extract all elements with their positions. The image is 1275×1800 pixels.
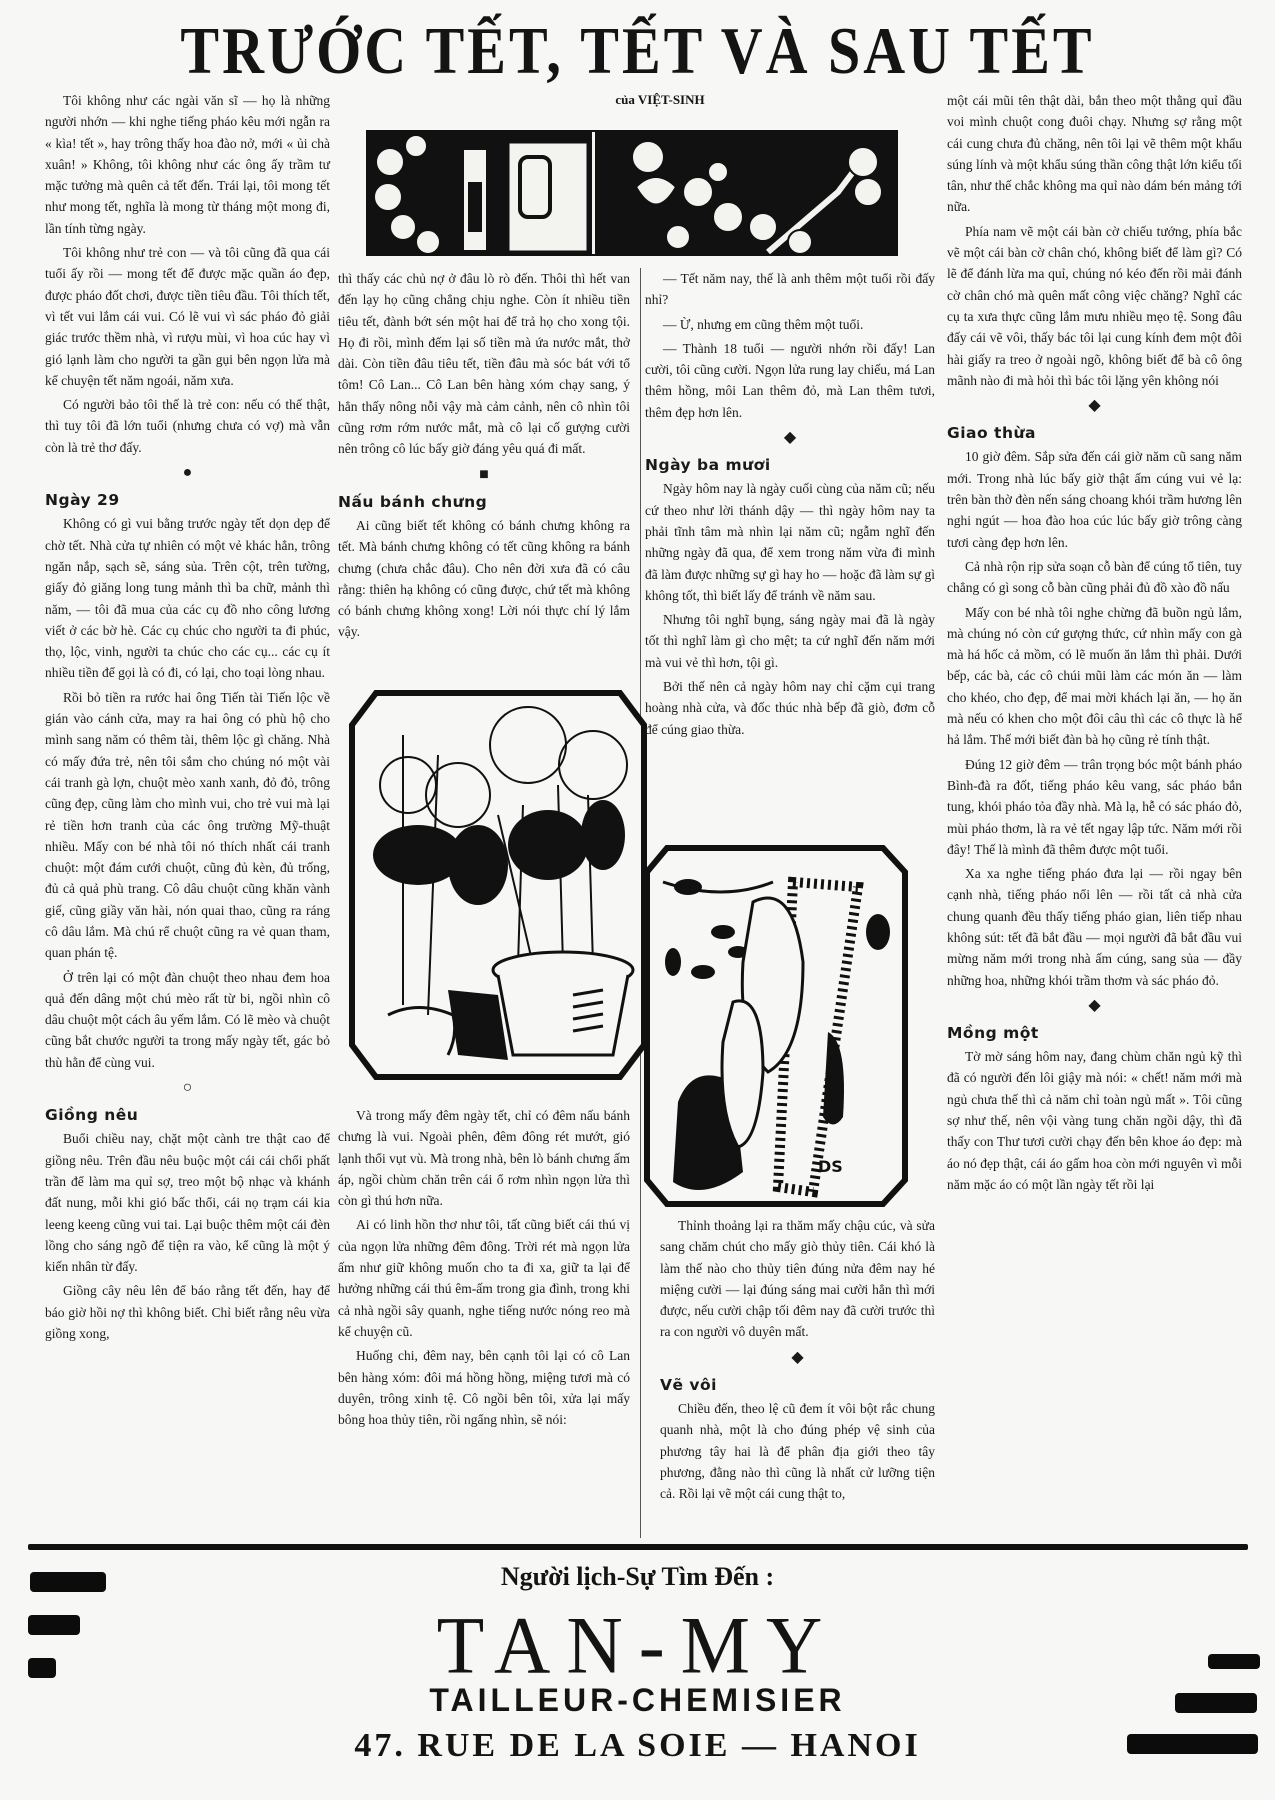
ad-intro: Người lịch-Sự Tìm Đến : (0, 1562, 1275, 1592)
column-2-lower: Và trong mấy đêm ngày tết, chỉ có đêm nấ… (338, 1105, 630, 1433)
paragraph: Ở trên lại có một đàn chuột theo nhau đe… (45, 967, 330, 1073)
section-heading-ngay-29: Ngày 29 (45, 490, 330, 511)
ad-subtitle: TAILLEUR-CHEMISIER (0, 1682, 1275, 1719)
paragraph: Có người bảo tôi thế là trẻ con: nếu có … (45, 394, 330, 458)
decorative-bar-right-3 (1127, 1734, 1258, 1754)
paragraph: Tờ mờ sáng hôm nay, đang chùm chăn ngủ k… (947, 1046, 1242, 1195)
column-4: một cái mũi tên thật dài, bắn theo một t… (947, 90, 1242, 1198)
paragraph: 10 giờ đêm. Sắp sửa đến cái giờ năm cũ s… (947, 446, 1242, 552)
paragraph: Phía nam vẽ một cái bàn cờ chiếu tướng, … (947, 221, 1242, 391)
paragraph: Ai có linh hồn thơ như tôi, tất cũng biế… (338, 1214, 630, 1342)
column-3: — Tết năm nay, thế là anh thêm một tuổi … (645, 268, 935, 743)
illustration-signature: DS (818, 1157, 843, 1176)
chrysanthemum-pots-icon (348, 685, 648, 1085)
dialogue-line: — Ừ, nhưng em cũng thêm một tuổi. (645, 314, 935, 335)
decorative-bar-left-2 (28, 1615, 80, 1635)
paragraph: Chiều đến, theo lệ cũ đem ít vôi bột rắc… (660, 1398, 935, 1504)
dialogue-line: — Tết năm nay, thế là anh thêm một tuổi … (645, 268, 935, 311)
paragraph: Buổi chiều nay, chặt một cành tre thật c… (45, 1128, 330, 1277)
paragraph: thì thấy các chủ nợ ở đâu lò rò đến. Thô… (338, 268, 630, 460)
paragraph: Xa xa nghe tiếng pháo đưa lại — rồi ngay… (947, 863, 1242, 991)
column-3-lower: Thỉnh thoảng lại ra thăm mấy chậu cúc, v… (660, 1215, 935, 1508)
section-heading-nau-banh-chung: Nấu bánh chưng (338, 492, 630, 513)
decorative-bar-left-3 (28, 1658, 56, 1678)
paragraph: Không có gì vui bằng trước ngày tết dọn … (45, 513, 330, 683)
paragraph: Thỉnh thoảng lại ra thăm mấy chậu cúc, v… (660, 1215, 935, 1343)
shoes-hanging-tree-icon: DS (643, 842, 908, 1210)
section-heading-giao-thua: Giao thừa (947, 423, 1242, 444)
paragraph: Cả nhà rộn rịp sửa soạn cỗ bàn để cúng t… (947, 556, 1242, 599)
shoes-on-tree-illustration: DS (643, 842, 908, 1210)
paragraph: Nhưng tôi nghĩ bụng, sáng ngày mai đã là… (645, 609, 935, 673)
ornament-diamond-icon: ◆ (660, 1349, 935, 1367)
ad-address: 47. RUE DE LA SOIE — HANOI (0, 1727, 1275, 1765)
dialogue-line: — Thành 18 tuổi — người nhớn rồi đấy! La… (645, 338, 935, 423)
paragraph: Huống chi, đêm nay, bên cạnh tôi lại có … (338, 1345, 630, 1430)
chrysanthemum-illustration (348, 685, 648, 1085)
section-heading-giong-neu: Giồng nêu (45, 1105, 330, 1126)
column-2: thì thấy các chủ nợ ở đâu lò rò đến. Thô… (338, 268, 630, 646)
paragraph: Đúng 12 giờ đêm — trân trọng bóc một bán… (947, 754, 1242, 860)
paragraph: Ai cũng biết tết không có bánh chưng khô… (338, 515, 630, 643)
paragraph: Mấy con bé nhà tôi nghe chừng đã buồn ng… (947, 602, 1242, 751)
paragraph: một cái mũi tên thật dài, bắn theo một t… (947, 90, 1242, 218)
banner-illustration (366, 130, 898, 256)
section-heading-ve-voi: Vẽ vôi (660, 1375, 935, 1396)
paragraph: Tôi không như các ngài văn sĩ — họ là nh… (45, 90, 330, 239)
ornament-diamond-icon: ◆ (645, 429, 935, 447)
ornament-circle-icon: ○ (45, 1079, 330, 1097)
ornament-dot-icon: ● (45, 464, 330, 482)
decorative-bar-right-1 (1208, 1654, 1260, 1669)
ornament-square-icon: ■ (338, 466, 630, 484)
column-1: Tôi không như các ngài văn sĩ — họ là nh… (45, 90, 330, 1347)
ad-business-name: TAN-MY (0, 1598, 1275, 1693)
ornament-diamond-icon: ◆ (947, 397, 1242, 415)
section-heading-mong-mot: Mồng một (947, 1023, 1242, 1044)
paragraph: Tôi không như trẻ con — và tôi cũng đã q… (45, 242, 330, 391)
paragraph: Rồi bỏ tiền ra rước hai ông Tiến tài Tiế… (45, 687, 330, 964)
section-heading-ngay-ba-muoi: Ngày ba mươi (645, 455, 935, 476)
paragraph: Bởi thế nên cả ngày hôm nay chỉ cặm cụi … (645, 676, 935, 740)
paragraph: Ngày hôm nay là ngày cuối cùng của năm c… (645, 478, 935, 606)
article-byline: của VIỆT-SINH (560, 92, 760, 108)
paragraph: Giồng cây nêu lên để báo rằng tết đến, h… (45, 1280, 330, 1344)
article-headline: TRƯỚC TẾT, TẾT VÀ SAU TẾT (0, 12, 1275, 89)
paragraph: Và trong mấy đêm ngày tết, chỉ có đêm nấ… (338, 1105, 630, 1211)
plum-blossom-banner-icon (368, 132, 896, 254)
decorative-bar-right-2 (1175, 1693, 1257, 1713)
decorative-bar-left-1 (30, 1572, 106, 1592)
ornament-diamond-icon: ◆ (947, 997, 1242, 1015)
section-divider-rule (28, 1544, 1248, 1550)
